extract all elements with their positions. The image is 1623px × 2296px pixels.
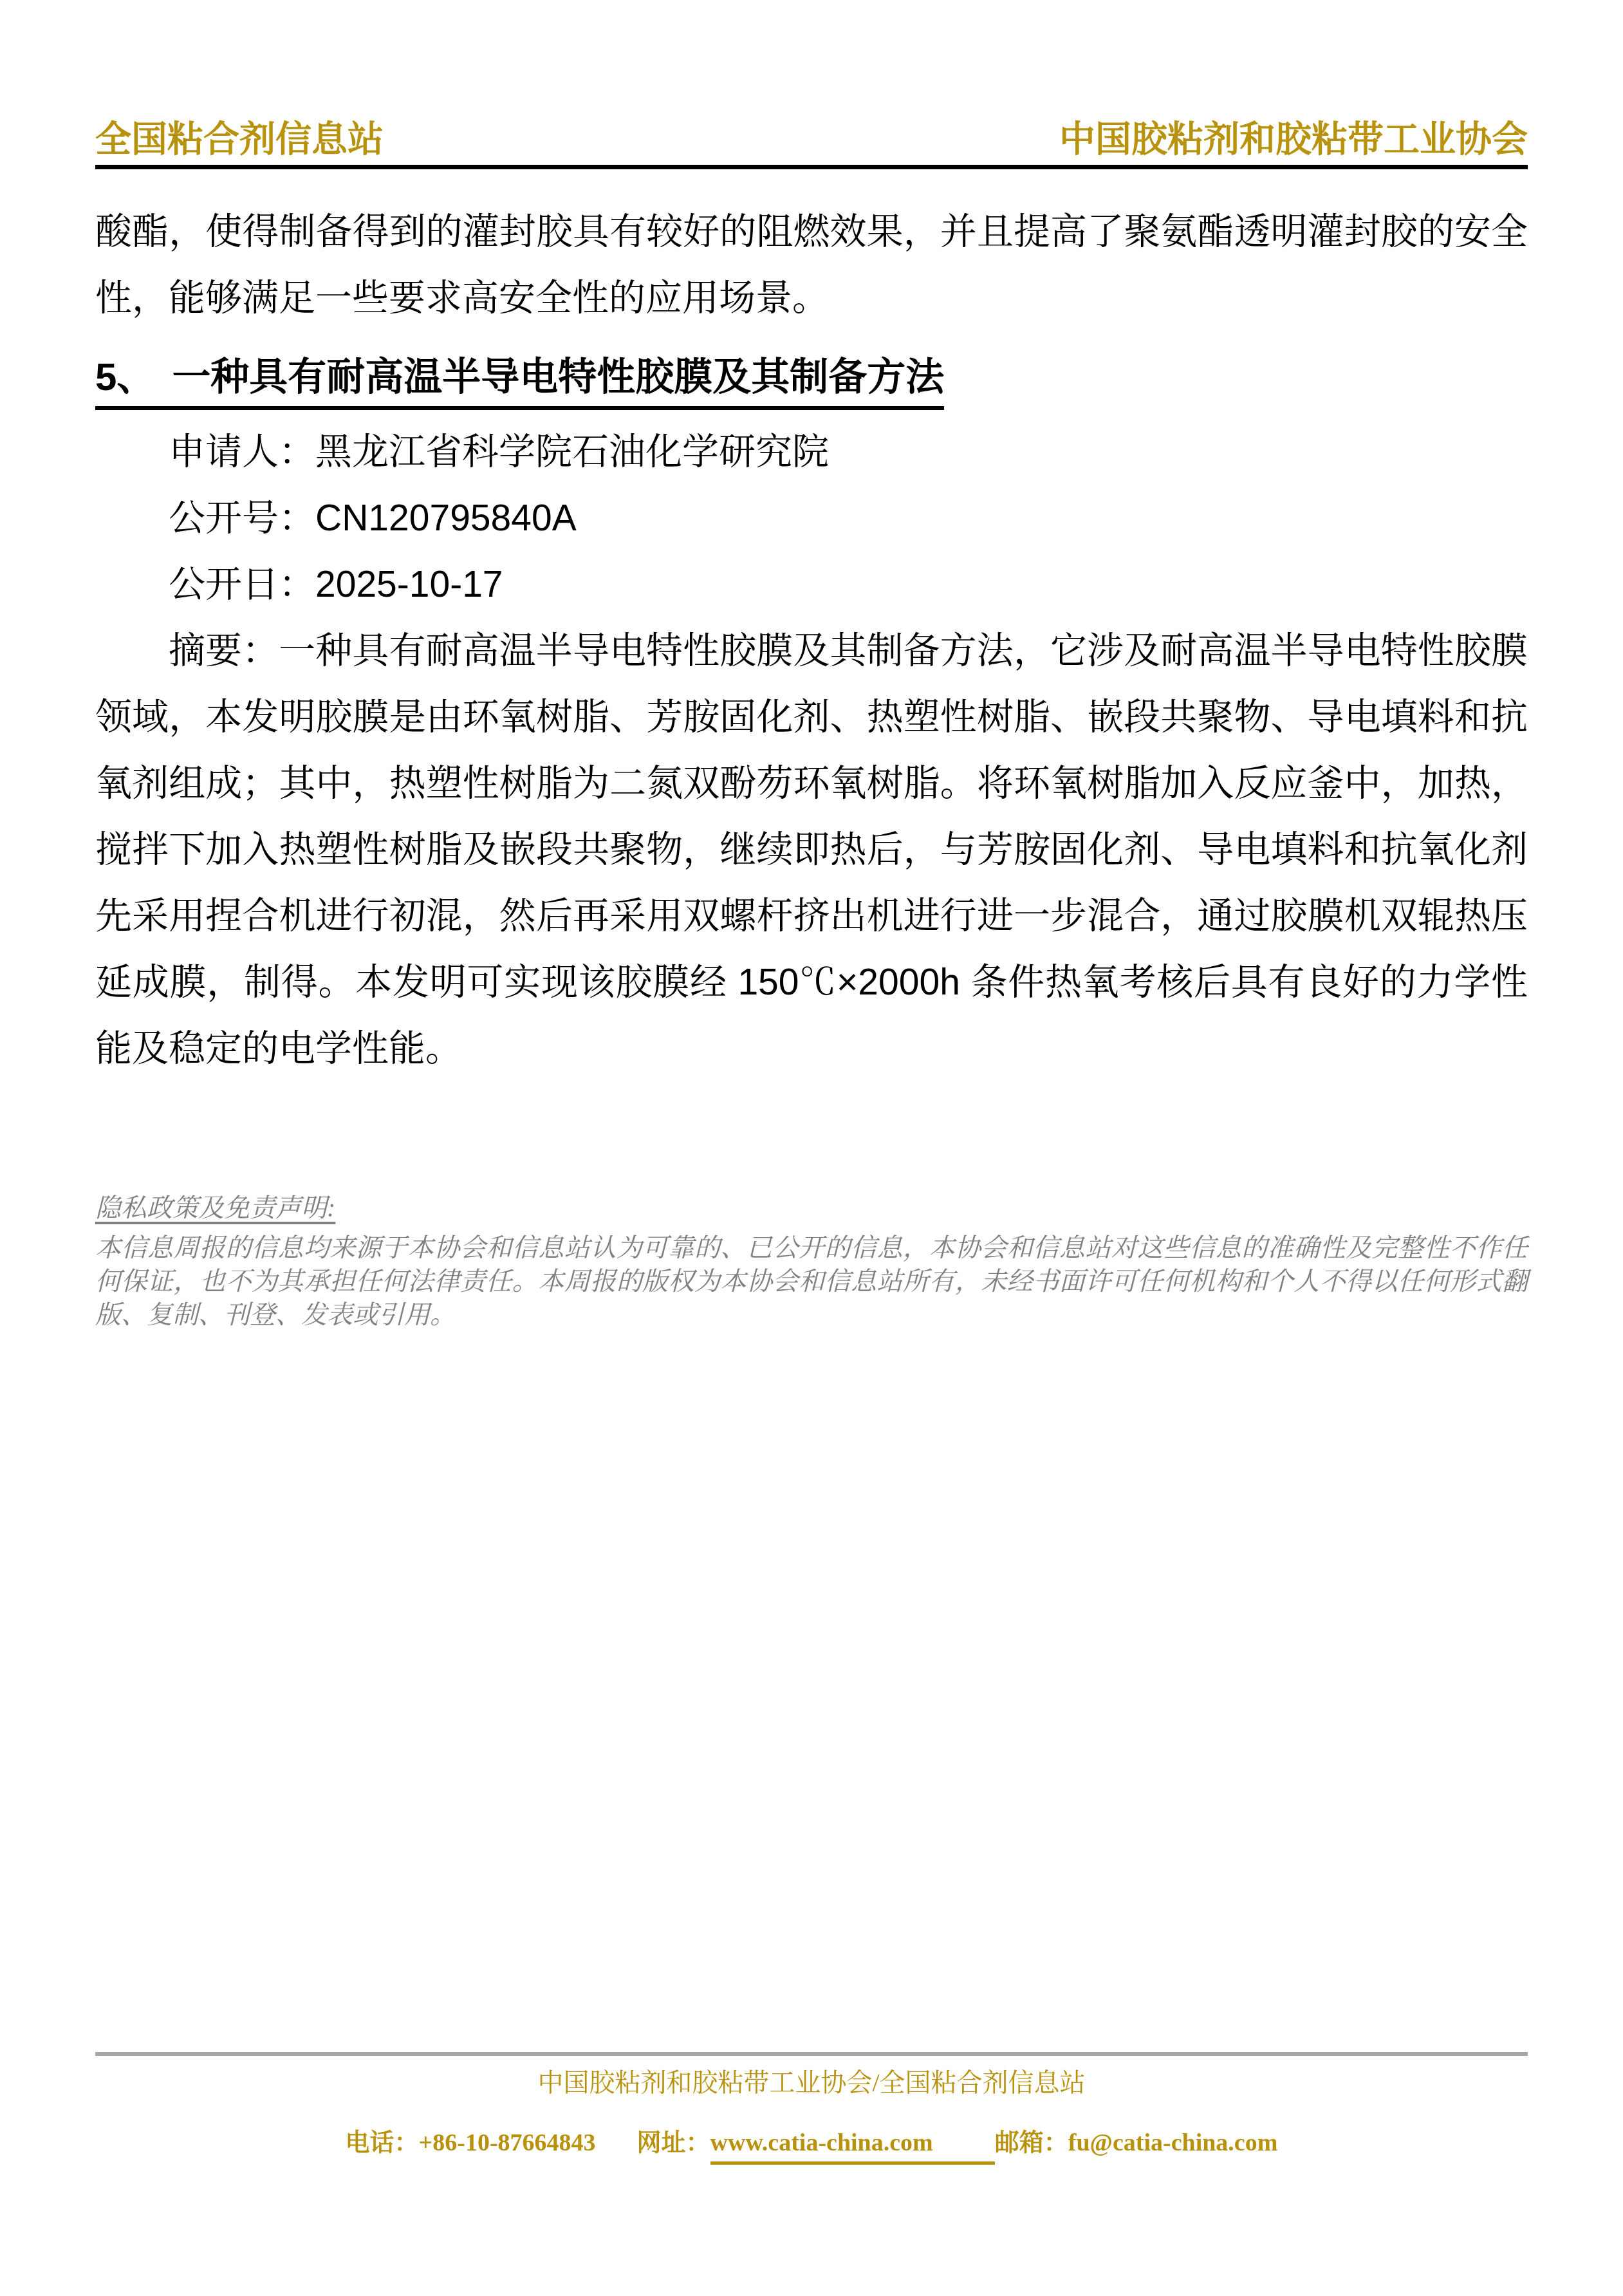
field-publication-number-value: CN120795840A [315,498,577,539]
footer-org-line: 中国胶粘剂和胶粘带工业协会/全国粘合剂信息站 [95,2066,1528,2100]
field-publication-date: 公开日：2025-10-17 [95,552,1528,618]
header-left-org: 全国粘合剂信息站 [95,117,384,162]
field-applicant: 申请人：黑龙江省科学院石油化学研究院 [95,419,1528,485]
intro-paragraph: 酸酯，使得制备得到的灌封胶具有较好的阻燃效果，并且提高了聚氨酯透明灌封胶的安全性… [95,199,1528,331]
field-publication-date-label: 公开日： [169,564,315,605]
patent-index: 5、 [95,355,155,398]
footer-contacts: 电话：+86-10-87664843 网址：www.catia-china.co… [95,2127,1528,2165]
field-publication-number-label: 公开号： [169,498,315,539]
disclaimer-section: 隐私政策及免责声明: 本信息周报的信息均来源于本协会和信息站认为可靠的、已公开的… [95,1190,1528,1332]
disclaimer-body: 本信息周报的信息均来源于本协会和信息站认为可靠的、已公开的信息，本协会和信息站对… [95,1231,1528,1332]
phone-label: 电话： [346,2127,419,2159]
page-footer: 中国胶粘剂和胶粘带工业协会/全国粘合剂信息站 电话：+86-10-8766484… [95,2052,1528,2165]
abstract-text: 一种具有耐高温半导电特性胶膜及其制备方法，它涉及耐高温半导电特性胶膜领域，本发明… [95,630,1528,1069]
document-page: 全国粘合剂信息站 中国胶粘剂和胶粘带工业协会 酸酯，使得制备得到的灌封胶具有较好… [0,0,1623,2296]
disclaimer-title: 隐私政策及免责声明: [95,1190,1528,1226]
email-label: 邮箱： [995,2127,1068,2159]
header-rule [95,165,1528,169]
patent-heading: 5、一种具有耐高温半导电特性胶膜及其制备方法 [95,353,1528,410]
email-link[interactable]: fu@catia-china.com [1068,2127,1278,2159]
field-applicant-value: 黑龙江省科学院石油化学研究院 [315,431,829,472]
page-header: 全国粘合剂信息站 中国胶粘剂和胶粘带工业协会 [95,0,1528,162]
patent-title: 一种具有耐高温半导电特性胶膜及其制备方法 [172,355,944,398]
patent-fields: 申请人：黑龙江省科学院石油化学研究院 公开号：CN120795840A 公开日：… [95,419,1528,618]
website-label: 网址： [637,2127,710,2159]
field-publication-number: 公开号：CN120795840A [95,485,1528,552]
header-right-org: 中国胶粘剂和胶粘带工业协会 [1059,117,1528,162]
abstract-label: 摘要： [169,630,279,671]
field-applicant-label: 申请人： [169,431,315,472]
phone-value: +86-10-87664843 [419,2127,596,2159]
patent-abstract: 摘要：一种具有耐高温半导电特性胶膜及其制备方法，它涉及耐高温半导电特性胶膜领域，… [95,618,1528,1082]
patent-heading-underline: 5、一种具有耐高温半导电特性胶膜及其制备方法 [95,353,944,410]
field-publication-date-value: 2025-10-17 [315,564,503,605]
website-link[interactable]: www.catia-china.com [710,2127,995,2165]
footer-rule [95,2052,1528,2056]
